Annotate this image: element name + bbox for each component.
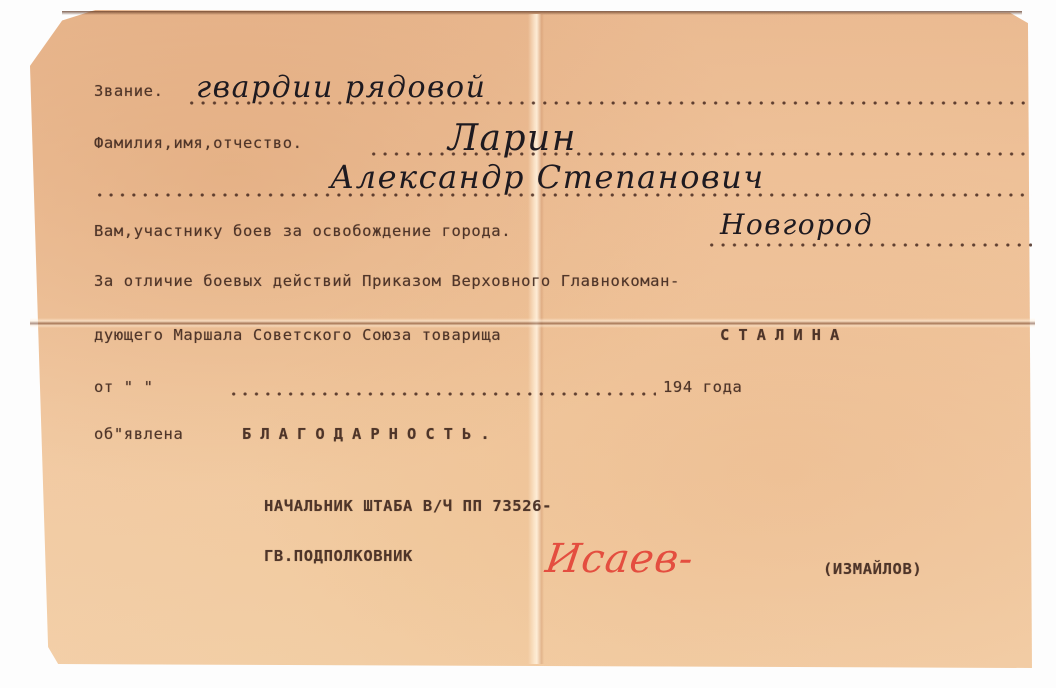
body-line-1: За отличие боевых действий Приказом Верх…	[94, 272, 680, 290]
red-signature: Исаев-	[543, 536, 697, 582]
battle-label: Вам,участнику боев за освобождение город…	[94, 222, 511, 240]
given-names-value: Александр Степанович	[330, 158, 765, 196]
scanned-document: Звание. гвардии рядовой Фамилия,имя,отче…	[0, 0, 1056, 688]
date-dotted-line	[228, 392, 656, 396]
city-dotted-line	[706, 243, 1032, 247]
announce-prefix: об"явлена	[94, 425, 183, 443]
city-value: Новгород	[720, 208, 873, 241]
date-suffix: 194 года	[663, 378, 742, 396]
rank-value: гвардии рядовой	[196, 70, 486, 105]
date-prefix: от " "	[94, 378, 154, 396]
signatory-name: (ИЗМАЙЛОВ)	[823, 560, 922, 578]
stalin-name: СТАЛИНА	[720, 326, 848, 344]
surname-value: Ларин	[448, 118, 577, 159]
vertical-fold-line	[528, 14, 544, 664]
gratitude-word: БЛАГОДАРНОСТЬ.	[242, 425, 499, 443]
body-line-2: дующего Маршала Советского Союза товарищ…	[94, 326, 501, 344]
name-label: Фамилия,имя,отчество.	[94, 134, 303, 152]
rank-label: Звание.	[94, 82, 164, 100]
rank-lt-colonel: ГВ.ПОДПОЛКОВНИК	[264, 547, 413, 565]
chief-of-staff-title: НАЧАЛЬНИК ШТАБА В/Ч ПП 73526-	[264, 497, 552, 515]
